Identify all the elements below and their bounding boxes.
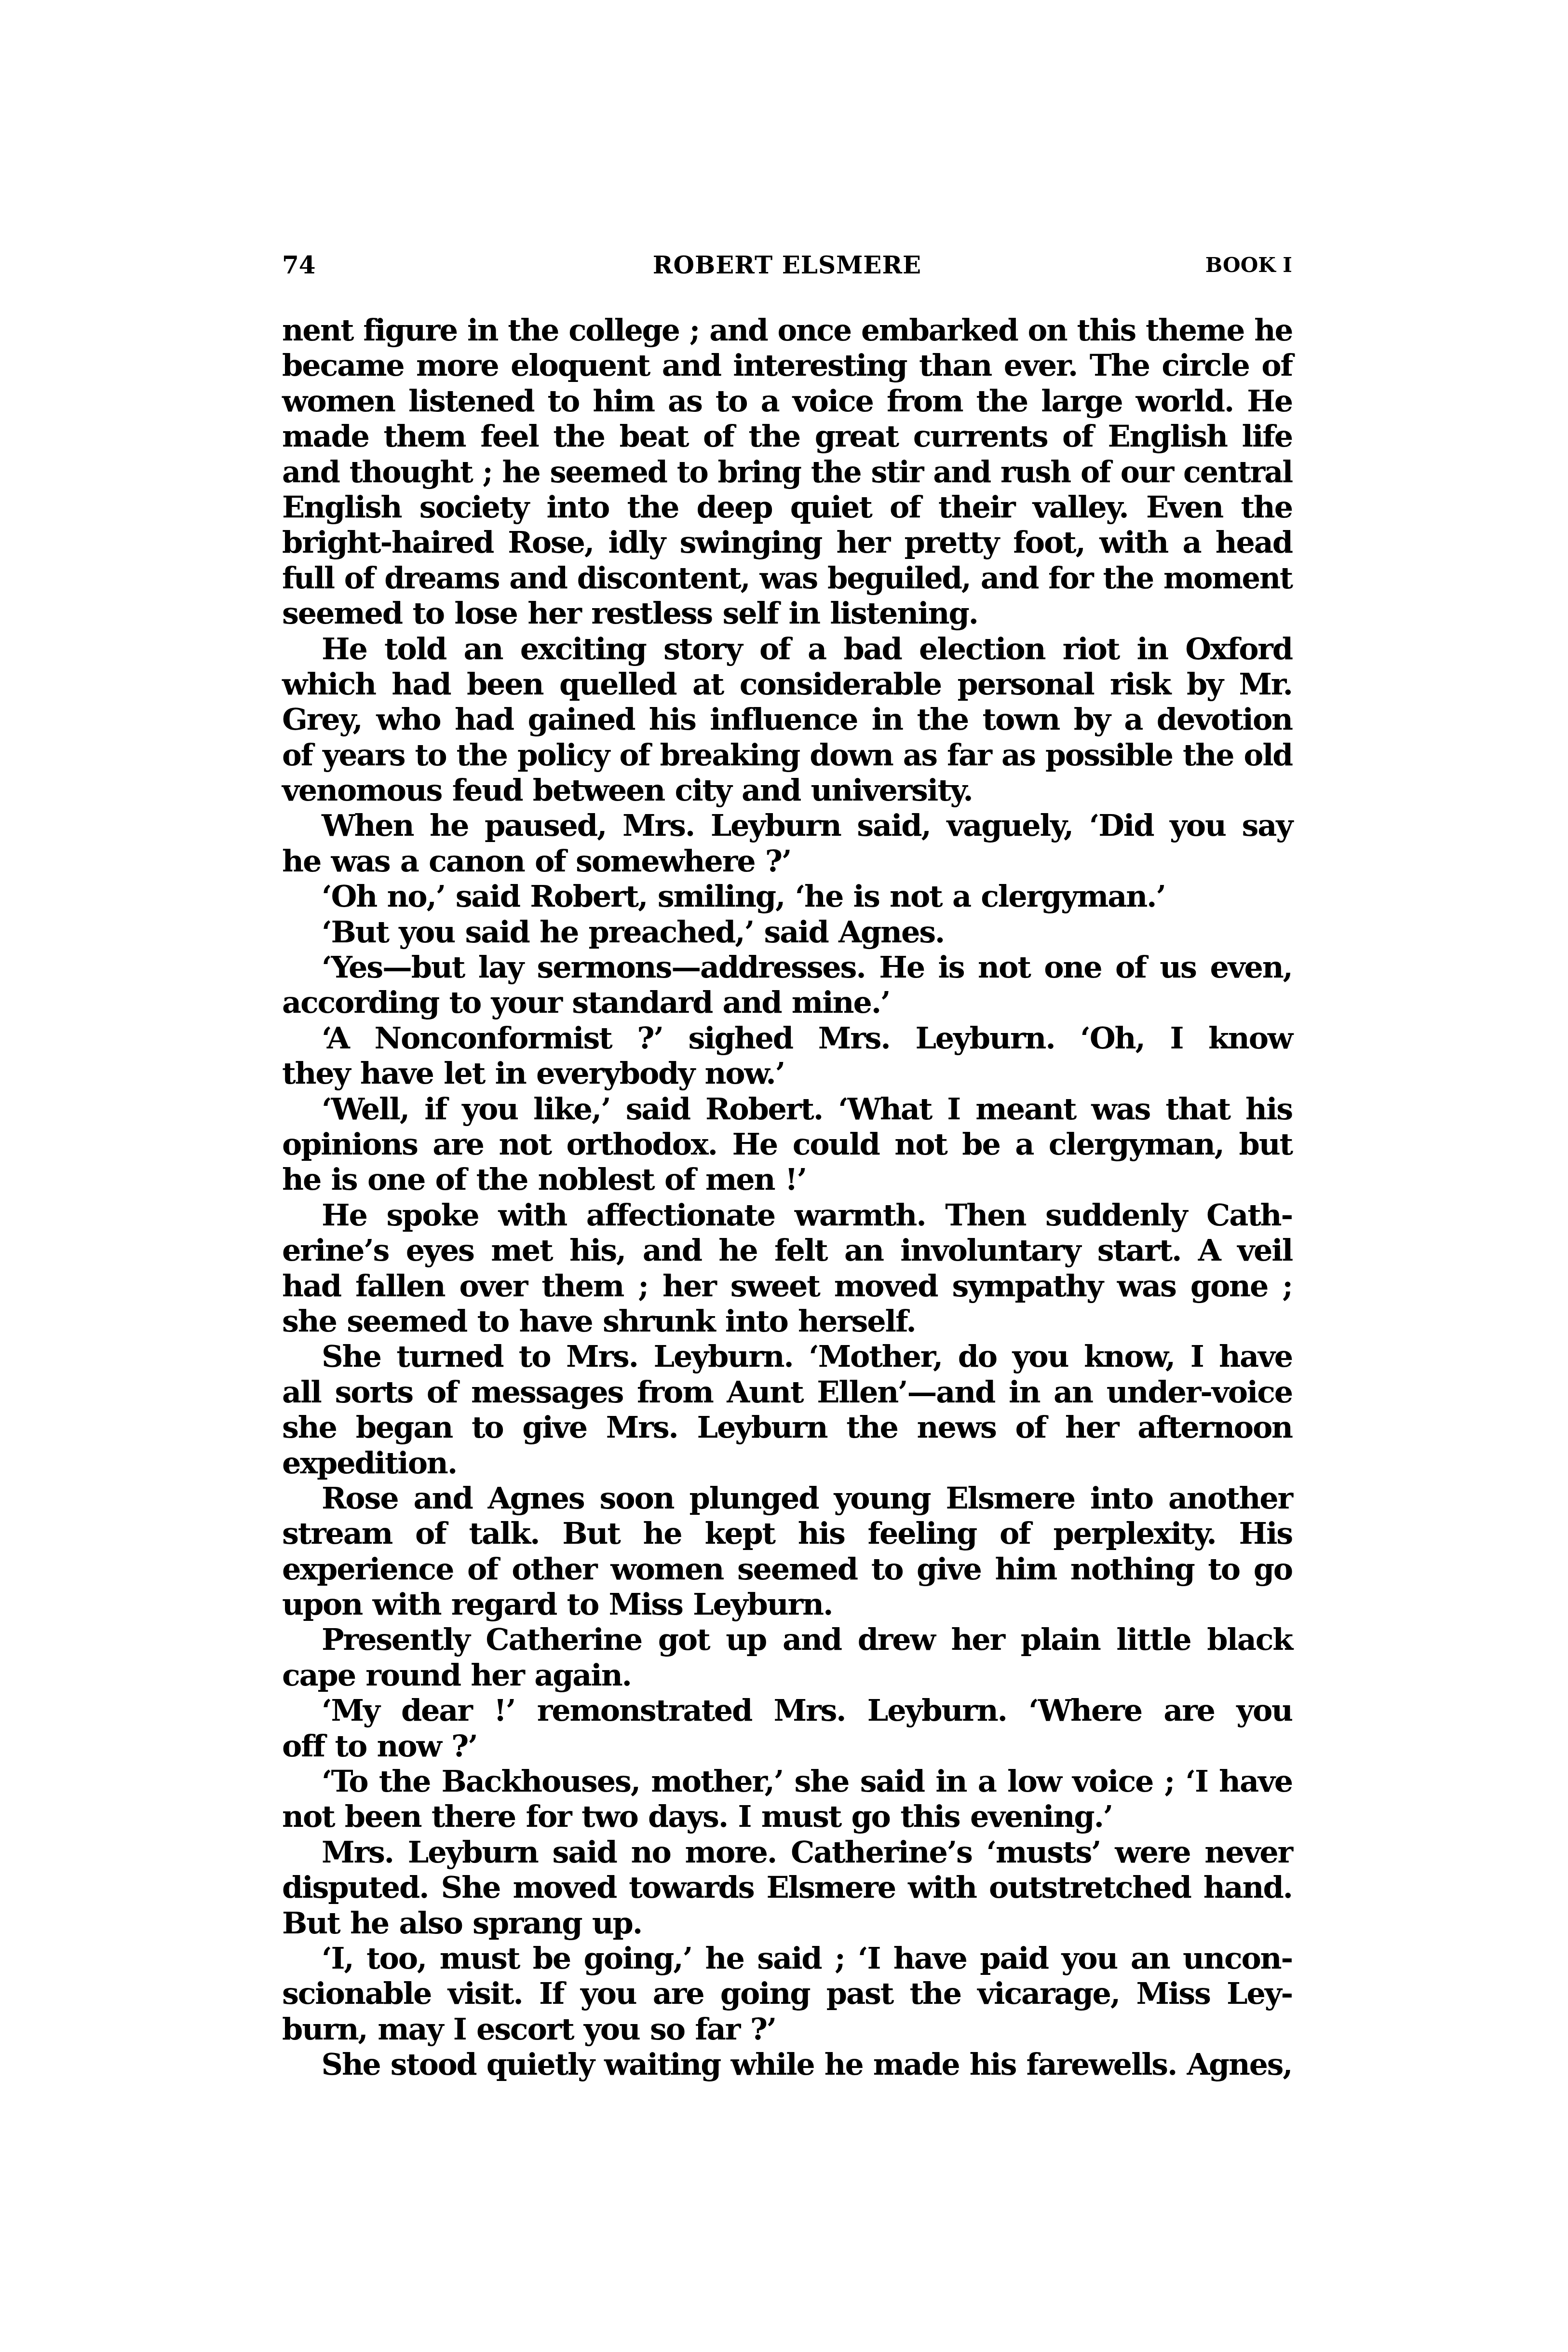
text-line: Mrs. Leyburn said no more. Catherine’s ‘… [282, 1835, 1292, 1870]
text-line: venomous feud between city and universit… [282, 773, 1292, 808]
text-line: experience of other women seemed to give… [282, 1551, 1292, 1587]
text-line: according to your standard and mine.’ [282, 985, 1292, 1020]
text-line: made them feel the beat of the great cur… [282, 419, 1292, 454]
text-line: When he paused, Mrs. Leyburn said, vague… [282, 808, 1292, 843]
book-page: 74 ROBERT ELSMERE BOOK I nent figure in … [282, 0, 1292, 2352]
text-line: she began to give Mrs. Leyburn the news … [282, 1410, 1292, 1445]
text-line: scionable visit. If you are going past t… [282, 1976, 1292, 2011]
text-line: all sorts of messages from Aunt Ellen’—a… [282, 1374, 1292, 1410]
text-line: became more eloquent and interesting tha… [282, 348, 1292, 383]
text-line: he was a canon of somewhere ?’ [282, 843, 1292, 879]
text-line: expedition. [282, 1445, 1292, 1481]
text-line: Grey, who had gained his influence in th… [282, 702, 1292, 737]
text-line: which had been quelled at considerable p… [282, 666, 1292, 702]
text-line: Rose and Agnes soon plunged young Elsmer… [282, 1481, 1292, 1516]
text-line: they have let in everybody now.’ [282, 1056, 1292, 1091]
text-line: English society into the deep quiet of t… [282, 489, 1292, 525]
text-line: ‘I, too, must be going,’ he said ; ‘I ha… [282, 1941, 1292, 1976]
text-line: ‘Yes—but lay sermons—addresses. He is no… [282, 950, 1292, 985]
text-line: cape round her again. [282, 1658, 1292, 1693]
text-line: he is one of the noblest of men !’ [282, 1162, 1292, 1197]
running-title: ROBERT ELSMERE [282, 251, 1292, 280]
text-line: burn, may I escort you so far ?’ [282, 2012, 1292, 2047]
text-line: upon with regard to Miss Leyburn. [282, 1587, 1292, 1622]
text-line: ‘To the Backhouses, mother,’ she said in… [282, 1764, 1292, 1799]
text-line: and thought ; he seemed to bring the sti… [282, 454, 1292, 489]
text-line: women listened to him as to a voice from… [282, 383, 1292, 419]
text-line: stream of talk. But he kept his feeling … [282, 1516, 1292, 1551]
text-line: seemed to lose her restless self in list… [282, 596, 1292, 631]
text-line: of years to the policy of breaking down … [282, 737, 1292, 773]
text-line: erine’s eyes met his, and he felt an inv… [282, 1233, 1292, 1268]
text-line: nent figure in the college ; and once em… [282, 313, 1292, 348]
body-text: nent figure in the college ; and once em… [282, 313, 1292, 2082]
text-line: Presently Catherine got up and drew her … [282, 1622, 1292, 1657]
text-line: opinions are not orthodox. He could not … [282, 1127, 1292, 1162]
text-line: He told an exciting story of a bad elect… [282, 631, 1292, 666]
text-line: He spoke with affectionate warmth. Then … [282, 1197, 1292, 1233]
text-line: she seemed to have shrunk into herself. [282, 1304, 1292, 1339]
text-line: ‘But you said he preached,’ said Agnes. [282, 914, 1292, 950]
text-line: bright-haired Rose, idly swinging her pr… [282, 525, 1292, 560]
text-line: ‘My dear !’ remonstrated Mrs. Leyburn. ‘… [282, 1693, 1292, 1728]
text-line: But he also sprang up. [282, 1905, 1292, 1941]
text-line: not been there for two days. I must go t… [282, 1799, 1292, 1834]
text-line: disputed. She moved towards Elsmere with… [282, 1870, 1292, 1905]
text-line: ‘Oh no,’ said Robert, smiling, ‘he is no… [282, 879, 1292, 914]
text-line: She turned to Mrs. Leyburn. ‘Mother, do … [282, 1339, 1292, 1374]
text-line: ‘A Nonconformist ?’ sighed Mrs. Leyburn.… [282, 1020, 1292, 1056]
running-header: 74 ROBERT ELSMERE BOOK I [282, 251, 1292, 280]
text-line: ‘Well, if you like,’ said Robert. ‘What … [282, 1091, 1292, 1127]
text-line: She stood quietly waiting while he made … [282, 2047, 1292, 2082]
text-line: full of dreams and discontent, was begui… [282, 560, 1292, 596]
text-line: off to now ?’ [282, 1728, 1292, 1764]
book-part-label: BOOK I [1205, 251, 1292, 280]
text-line: had fallen over them ; her sweet moved s… [282, 1268, 1292, 1304]
